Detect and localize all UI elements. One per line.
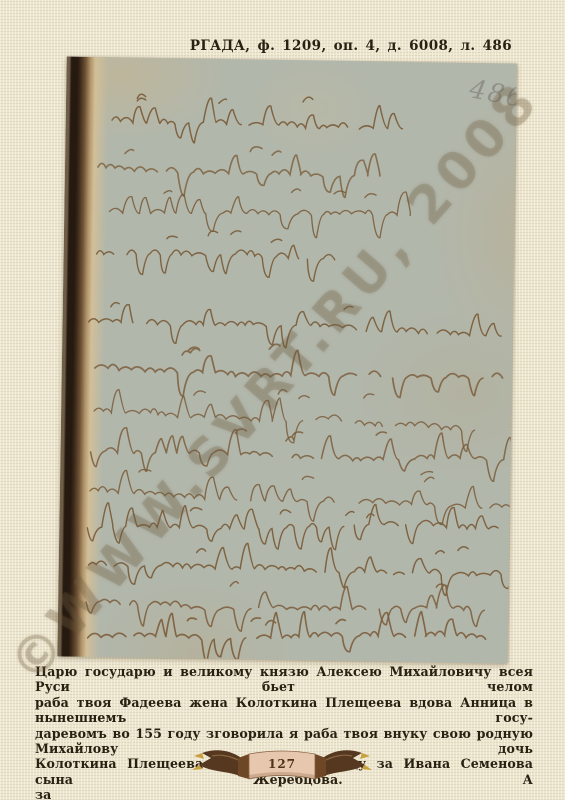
ribbon-page-number: 127 — [268, 757, 296, 771]
manuscript-photo: 486 — [57, 57, 516, 664]
page-background: РГАДА, ф. 1209, оп. 4, д. 6008, л. 486 4… — [0, 0, 565, 800]
transcription-line: раба твоя Фадеева жена Колоткина Плещеев… — [35, 695, 533, 726]
ink-line — [90, 427, 517, 482]
ink-line — [88, 541, 516, 597]
ink-line — [88, 302, 501, 351]
ink-line — [109, 186, 411, 239]
ink-line — [112, 94, 403, 146]
ink-line — [96, 229, 335, 282]
ribbon-right-fold — [315, 754, 326, 779]
ribbon-banner-icon: 127 — [192, 746, 372, 786]
archive-citation: РГАДА, ф. 1209, оп. 4, д. 6008, л. 486 — [190, 38, 512, 54]
ink-line — [94, 341, 503, 401]
transcription-line: за — [35, 787, 533, 800]
ink-line — [87, 500, 517, 553]
ribbon-left-fold — [238, 754, 249, 779]
ink-line — [87, 606, 486, 663]
transcription-line: Царю государю и великому князю Алексею М… — [35, 664, 533, 695]
ribbon-left-tail — [192, 750, 240, 776]
ink-line — [94, 387, 475, 452]
manuscript-ink-svg — [57, 57, 516, 664]
ink-line — [89, 466, 516, 526]
ribbon-right-tail — [324, 750, 372, 776]
